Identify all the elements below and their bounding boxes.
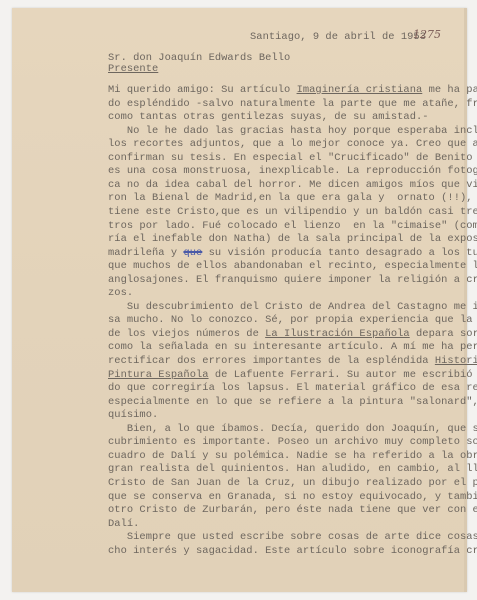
letter-line: ría el inefable don Natha) de la sala pr…: [108, 233, 477, 245]
letter-line: especialmente en lo que se refiere a la …: [108, 396, 477, 408]
line-text: sa mucho. No lo conozco. Sé, por propia …: [108, 314, 477, 326]
line-text: cuadro de Dalí y su polémica. Nadie se h…: [108, 450, 477, 462]
letter-line: que se conserva en Granada, si no estoy …: [108, 491, 477, 503]
line-text: Siempre que usted escribe sobre cosas de…: [108, 531, 477, 543]
line-text: cho interés y sagacidad. Este artículo s…: [108, 545, 477, 557]
line-text: ca no da idea cabal del horror. Me dicen…: [108, 179, 477, 191]
letter-line: ron la Bienal de Madrid,en la que era ga…: [108, 192, 477, 204]
line-text: quísimo.: [108, 409, 158, 421]
line-text: ron la Bienal de Madrid,en la que era ga…: [108, 192, 477, 204]
letter-line: los recortes adjuntos, que a lo mejor co…: [108, 138, 477, 150]
line-text: otro Cristo de Zurbarán, pero éste nada …: [108, 504, 477, 516]
line-text: que muchos de ellos abandonaban el recin…: [108, 260, 477, 272]
letter-line: tros por lado. Fué colocado el lienzo en…: [108, 220, 477, 232]
letter-line: Pintura Española de Lafuente Ferrari. Su…: [108, 369, 477, 381]
line-text: como la señalada en su interesante artíc…: [108, 341, 477, 353]
struck-word: que: [183, 247, 202, 259]
line-text: es una cosa monstruosa, inexplicable. La…: [108, 165, 477, 177]
letter-date: Santiago, 9 de abril de 1953: [250, 31, 426, 43]
line-text: rectificar dos errores importantes de la…: [108, 355, 435, 367]
letter-line: otro Cristo de Zurbarán, pero éste nada …: [108, 504, 477, 516]
letter-line: Cristo de San Juan de la Cruz, un dibujo…: [108, 477, 477, 489]
letter-line: zos.: [108, 287, 133, 299]
underlined-title: Pintura Española: [108, 369, 209, 381]
line-text: cubrimiento es importante. Poseo un arch…: [108, 436, 477, 448]
line-text: de los viejos números de: [108, 328, 265, 340]
line-text: tiene este Cristo,que es un vilipendio y…: [108, 206, 477, 218]
line-text: gran realista del quinientos. Han aludid…: [108, 463, 477, 475]
archive-number: 1275: [413, 28, 441, 41]
letter-line: confirman su tesis. En especial el "Cruc…: [108, 152, 477, 164]
line-text: do que corregiría los lapsus. El materia…: [108, 382, 477, 394]
line-text: do espléndido -salvo naturalmente la par…: [108, 98, 477, 110]
line-text: anglosajones. El franquismo quiere impon…: [108, 274, 477, 286]
line-text: Mi querido amigo: Su artículo: [108, 84, 297, 96]
line-text: Su descubrimiento del Cristo de Andrea d…: [108, 301, 477, 313]
letter-line: cubrimiento es importante. Poseo un arch…: [108, 436, 477, 448]
letter-line: Dalí.: [108, 518, 139, 530]
letter-line: do espléndido -salvo naturalmente la par…: [108, 98, 477, 110]
letter-line: es una cosa monstruosa, inexplicable. La…: [108, 165, 477, 177]
letter-line: ca no da idea cabal del horror. Me dicen…: [108, 179, 477, 191]
letter-line: cuadro de Dalí y su polémica. Nadie se h…: [108, 450, 477, 462]
line-text: especialmente en lo que se refiere a la …: [108, 396, 477, 408]
underlined-title: La Ilustración Española: [265, 328, 410, 340]
letter-line: de los viejos números de La Ilustración …: [108, 328, 477, 340]
letter-line: Su descubrimiento del Cristo de Andrea d…: [108, 301, 477, 313]
presente-label: Presente: [108, 63, 158, 75]
letter-line: gran realista del quinientos. Han aludid…: [108, 463, 477, 475]
line-text: Bien, a lo que íbamos. Decía, querido do…: [108, 423, 477, 435]
line-text: Cristo de San Juan de la Cruz, un dibujo…: [108, 477, 477, 489]
underlined-title: Historia de la: [435, 355, 477, 367]
line-text: me ha pareci-: [422, 84, 477, 96]
letter-line: Mi querido amigo: Su artículo Imaginería…: [108, 84, 477, 96]
line-text: su visión producía tanto desagrado a los…: [202, 247, 477, 259]
letter-line: como tantas otras gentilezas suyas, de s…: [108, 111, 429, 123]
letter-line: como la señalada en su interesante artíc…: [108, 341, 477, 353]
letter-line: rectificar dos errores importantes de la…: [108, 355, 477, 367]
underlined-title: Imaginería cristiana: [297, 84, 423, 96]
letter-line: quísimo.: [108, 409, 158, 421]
letter-line: Siempre que usted escribe sobre cosas de…: [108, 531, 477, 543]
letter-line: cho interés y sagacidad. Este artículo s…: [108, 545, 477, 557]
line-text: zos.: [108, 287, 133, 299]
letter-line: Bien, a lo que íbamos. Decía, querido do…: [108, 423, 477, 435]
letter-line: No le he dado las gracias hasta hoy porq…: [108, 125, 477, 137]
line-text: madrileña y: [108, 247, 183, 259]
line-text: No le he dado las gracias hasta hoy porq…: [108, 125, 477, 137]
line-text: confirman su tesis. En especial el "Cruc…: [108, 152, 477, 164]
line-text: que se conserva en Granada, si no estoy …: [108, 491, 477, 503]
letter-line: tiene este Cristo,que es un vilipendio y…: [108, 206, 477, 218]
line-text: tros por lado. Fué colocado el lienzo en…: [108, 220, 477, 232]
line-text: de Lafuente Ferrari. Su autor me escribi…: [209, 369, 477, 381]
line-text: depara sorpresas: [410, 328, 477, 340]
letter-line: do que corregiría los lapsus. El materia…: [108, 382, 477, 394]
line-text: Dalí.: [108, 518, 139, 530]
letter-line: madrileña y que su visión producía tanto…: [108, 247, 477, 259]
letter-line: sa mucho. No lo conozco. Sé, por propia …: [108, 314, 477, 326]
letter-line: que muchos de ellos abandonaban el recin…: [108, 260, 477, 272]
line-text: los recortes adjuntos, que a lo mejor co…: [108, 138, 477, 150]
letter-line: anglosajones. El franquismo quiere impon…: [108, 274, 477, 286]
line-text: como tantas otras gentilezas suyas, de s…: [108, 111, 429, 123]
line-text: ría el inefable don Natha) de la sala pr…: [108, 233, 477, 245]
